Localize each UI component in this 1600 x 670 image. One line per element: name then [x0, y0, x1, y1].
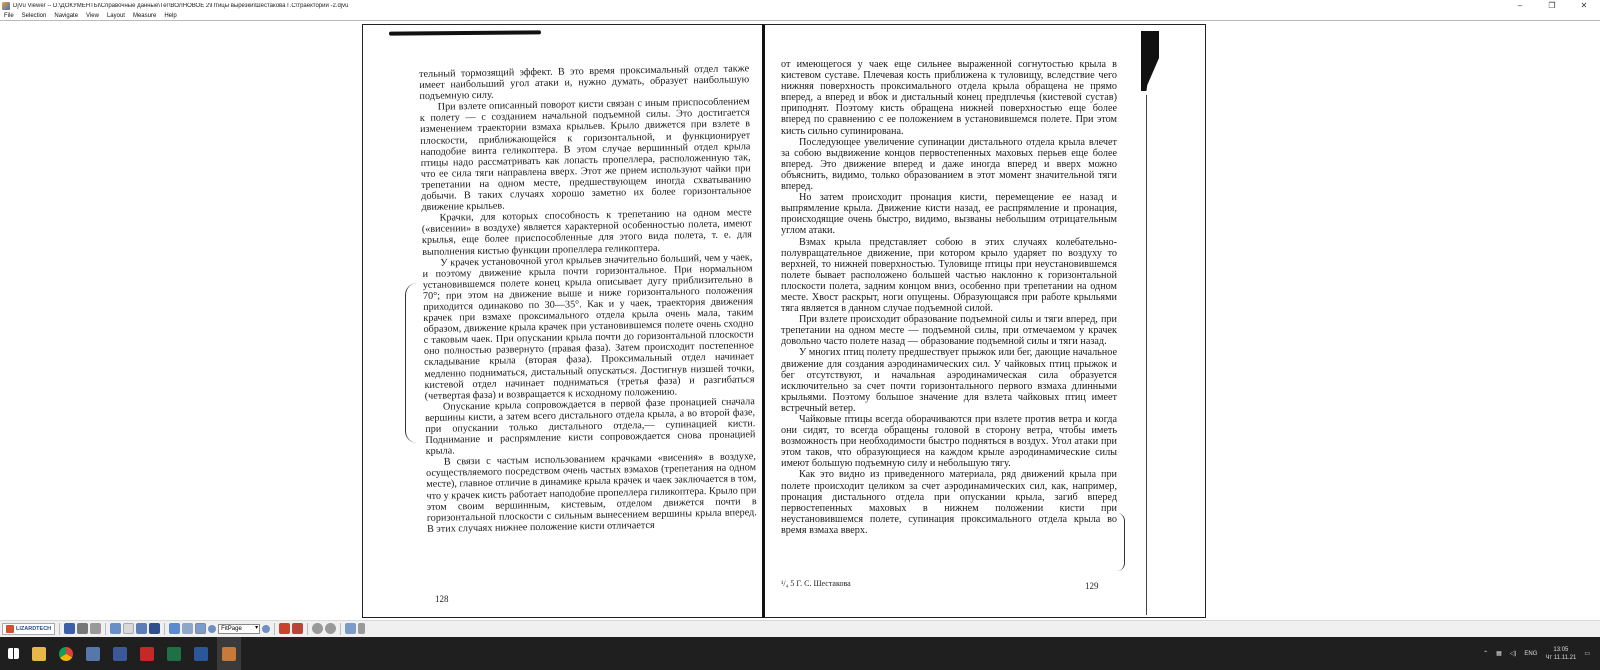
language-indicator[interactable]: ENG — [1524, 651, 1537, 657]
volume-icon[interactable]: ◁) — [1510, 650, 1517, 657]
clock[interactable]: 13:05 Чт 11.11.21 — [1545, 646, 1576, 662]
separator — [274, 623, 275, 635]
separator — [164, 623, 165, 635]
continuous-icon[interactable] — [182, 623, 193, 634]
area-select-icon[interactable] — [149, 623, 160, 634]
title-bar: DjVu Viewer -- D:\ДОКУМЕНТЫ\Справочные д… — [0, 0, 1600, 11]
print-icon[interactable] — [77, 623, 88, 634]
separator — [307, 623, 308, 635]
paragraph: Опускание крыла сопровождается в первой … — [425, 396, 756, 457]
bottom-toolbar: LIZARDTECH FitPage — [0, 620, 1600, 636]
left-page-text: тельный тормозящий эффект. В это время п… — [419, 63, 757, 535]
menu-view[interactable]: View — [86, 13, 99, 19]
menu-navigate[interactable]: Navigate — [54, 13, 78, 19]
paragraph: Взмах крыла представляет собою в этих сл… — [781, 237, 1117, 315]
file-explorer-icon[interactable] — [32, 647, 46, 661]
separator — [340, 623, 341, 635]
zoom-out-icon[interactable] — [262, 625, 270, 633]
scan-artifact-bar — [389, 30, 541, 35]
page-number-right: 129 — [1085, 581, 1099, 591]
paragraph: Как это видно из приведенного материала,… — [781, 469, 1117, 536]
separator — [59, 623, 60, 635]
scan-edge-line — [1146, 95, 1147, 615]
save-icon[interactable] — [64, 623, 75, 634]
page-128: тельный тормозящий эффект. В это время п… — [362, 24, 762, 618]
start-icon[interactable] — [8, 648, 19, 659]
paragraph: При взлете описанный поворот кисти связа… — [420, 97, 752, 214]
text-select-icon[interactable] — [123, 623, 134, 634]
scan-artifact-tab — [1141, 31, 1159, 91]
paragraph: При взлете происходит образование подъем… — [781, 314, 1117, 347]
separator — [105, 623, 106, 635]
bookmark-icon[interactable] — [358, 623, 365, 634]
facing-pages-icon[interactable] — [195, 623, 206, 634]
maximize-button[interactable]: ❐ — [1536, 0, 1568, 11]
close-button[interactable]: ✕ — [1568, 0, 1600, 11]
right-page-text: от имеющегося у чаек еще сильнее выражен… — [781, 59, 1117, 536]
pan-hand-icon[interactable] — [110, 623, 121, 634]
windows-taskbar: ⌃ ▦ ◁) ENG 13:05 Чт 11.11.21 ▭ — [0, 637, 1600, 670]
djvu-viewer-taskbar-button[interactable] — [217, 637, 241, 670]
margin-brace-mark — [1117, 513, 1125, 571]
network-icon[interactable]: ▦ — [1496, 650, 1502, 657]
paragraph: У крачек установочной угол крыльев значи… — [422, 252, 754, 402]
paragraph: Но затем происходит пронация кисти, пере… — [781, 192, 1117, 236]
zoom-in-icon[interactable] — [208, 625, 216, 633]
rotate-left-icon[interactable] — [279, 623, 290, 634]
djvu-app-icon — [2, 2, 10, 10]
system-tray: ⌃ ▦ ◁) ENG 13:05 Чт 11.11.21 ▭ — [1483, 646, 1600, 662]
menu-file[interactable]: File — [4, 13, 14, 19]
zoom-tool-icon[interactable] — [136, 623, 147, 634]
paragraph: Чайковые птицы всегда оборачиваются при … — [781, 414, 1117, 469]
prev-page-icon[interactable] — [312, 623, 323, 634]
next-page-icon[interactable] — [325, 623, 336, 634]
chevron-up-icon[interactable]: ⌃ — [1483, 650, 1488, 657]
menu-selection[interactable]: Selection — [22, 13, 47, 19]
page-129: от имеющегося у чаек еще сильнее выражен… — [762, 24, 1206, 618]
thumbnails-icon[interactable] — [345, 623, 356, 634]
paragraph: Крачки, для которых способность к трепет… — [422, 207, 753, 257]
app-icon[interactable] — [86, 647, 100, 661]
djvu-viewer-icon — [222, 647, 236, 661]
zoom-mode-select[interactable]: FitPage — [218, 624, 260, 634]
margin-brace-mark — [405, 283, 419, 443]
signature-footnote: ¹/₄ 5 Г. С. Шестакова — [781, 579, 851, 588]
lizardtech-brand[interactable]: LIZARDTECH — [2, 623, 55, 635]
lizard-logo-icon — [6, 625, 14, 633]
paragraph: Последующее увеличение супинации дисталь… — [781, 137, 1117, 192]
document-viewport[interactable]: тельный тормозящий эффект. В это время п… — [0, 20, 1600, 620]
find-icon[interactable] — [90, 623, 101, 634]
menu-measure[interactable]: Measure — [133, 13, 156, 19]
chrome-icon[interactable] — [59, 647, 73, 661]
save-disk-icon[interactable] — [113, 647, 127, 661]
word-icon[interactable] — [194, 647, 208, 661]
window-title: DjVu Viewer -- D:\ДОКУМЕНТЫ\Справочные д… — [13, 3, 1504, 9]
menu-layout[interactable]: Layout — [107, 13, 125, 19]
excel-icon[interactable] — [167, 647, 181, 661]
page-number-left: 128 — [435, 594, 449, 604]
rotate-right-icon[interactable] — [292, 623, 303, 634]
menu-bar: File Selection Navigate View Layout Meas… — [0, 11, 1600, 20]
notifications-icon[interactable]: ▭ — [1584, 650, 1590, 657]
paragraph: от имеющегося у чаек еще сильнее выражен… — [781, 59, 1117, 137]
paragraph: В связи с частым использованием крачками… — [426, 451, 757, 534]
menu-help[interactable]: Help — [164, 13, 176, 19]
minimize-button[interactable]: – — [1504, 0, 1536, 11]
acrobat-icon[interactable] — [140, 647, 154, 661]
paragraph: У многих птиц полету предшествует прыжок… — [781, 347, 1117, 414]
single-page-icon[interactable] — [169, 623, 180, 634]
